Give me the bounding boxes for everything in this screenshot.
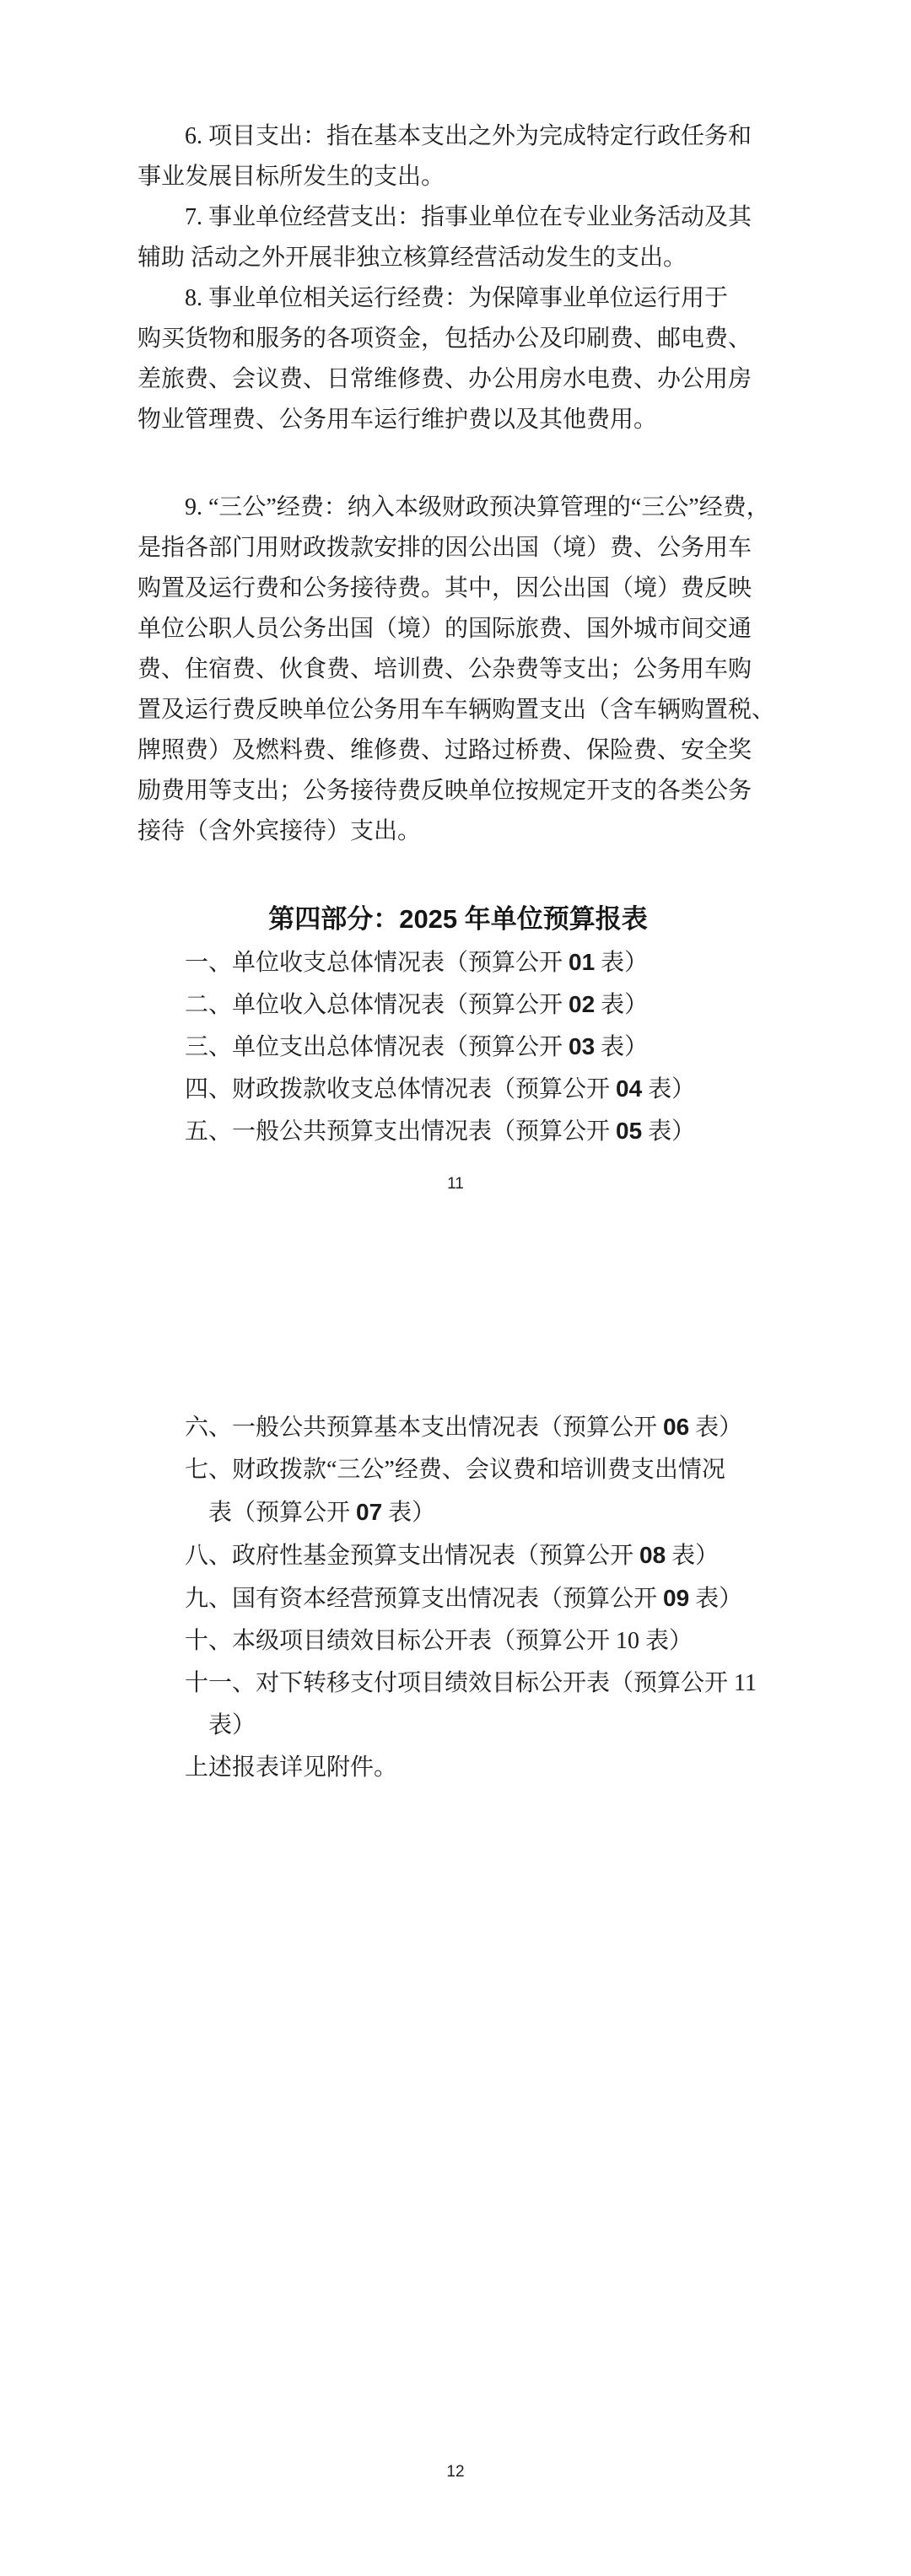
report-table-list-6-to-11: 六、一般公共预算基本支出情况表（预算公开 06 表） 七、财政拨款“三公”经费、… (137, 1406, 779, 1747)
report-table-list-1-to-5: 一、单位收支总体情况表（预算公开 01 表） 二、单位收入总体情况表（预算公开 … (137, 941, 779, 1152)
text-segment: 表） (642, 1118, 695, 1145)
text-line: 六、一般公共预算基本支出情况表（预算公开 06 表） (137, 1406, 779, 1449)
text-line: 五、一般公共预算支出情况表（预算公开 05 表） (137, 1110, 779, 1152)
document-page-12: 六、一般公共预算基本支出情况表（预算公开 06 表） 七、财政拨款“三公”经费、… (0, 1288, 911, 2576)
text-segment: 表） (595, 950, 648, 976)
text-segment: 八、政府性基金预算支出情况表（预算公开 (137, 1543, 639, 1569)
text-segment: 表） (595, 1034, 648, 1060)
text-segment: 表） (666, 1543, 719, 1569)
text-segment: 表） (689, 1415, 742, 1441)
text-line: 置及运行费反映单位公务用车车辆购置支出（含车辆购置税、 (137, 690, 779, 730)
table-number: 07 (356, 1499, 382, 1525)
paragraph-9-sangong: 9. “三公”经费：纳入本级财政预决算管理的“三公”经费，是指各部门用财政拨款安… (137, 488, 779, 852)
text-line: 8. 事业单位相关运行经费：为保障事业单位运行用于 (137, 278, 779, 319)
text-line: 9. “三公”经费：纳入本级财政预决算管理的“三公”经费， (137, 488, 779, 528)
text-line: 物业管理费、公务用车运行维护费以及其他费用。 (137, 400, 779, 440)
table-number: 04 (616, 1075, 642, 1102)
text-segment: 表） (137, 1712, 256, 1738)
table-number: 01 (569, 949, 595, 975)
text-line: 7. 事业单位经营支出：指事业单位在专业业务活动及其 (137, 197, 779, 238)
text-segment: 六、一般公共预算基本支出情况表（预算公开 (137, 1415, 663, 1441)
text-line: 购置及运行费和公务接待费。其中，因公出国（境）费反映 (137, 569, 779, 609)
document-page-11: 6. 项目支出：指在基本支出之外为完成特定行政任务和事业发展目标所发生的支出。 … (0, 0, 911, 1288)
text-line: 十、本级项目绩效目标公开表（预算公开 10 表） (137, 1620, 779, 1663)
page-12-text-column: 六、一般公共预算基本支出情况表（预算公开 06 表） 七、财政拨款“三公”经费、… (137, 1288, 779, 1789)
text-line: 辅助 活动之外开展非独立核算经营活动发生的支出。 (137, 238, 779, 278)
text-line: 购买货物和服务的各项资金，包括办公及印刷费、邮电费、 (137, 319, 779, 359)
text-line: 四、财政拨款收支总体情况表（预算公开 04 表） (137, 1068, 779, 1110)
page-11-text-column: 6. 项目支出：指在基本支出之外为完成特定行政任务和事业发展目标所发生的支出。 … (137, 0, 779, 1152)
text-line: 单位公职人员公务出国（境）的国际旅费、国外城市间交通 (137, 609, 779, 649)
text-segment: 三、单位支出总体情况表（预算公开 (137, 1034, 569, 1060)
text-line: 三、单位支出总体情况表（预算公开 03 表） (137, 1026, 779, 1068)
table-number: 08 (639, 1542, 666, 1568)
text-segment: 表） (382, 1500, 435, 1526)
text-line: 6. 项目支出：指在基本支出之外为完成特定行政任务和 (137, 116, 779, 157)
section-4-heading: 第四部分：2025 年单位预算报表 (137, 899, 779, 940)
text-line: 表） (137, 1705, 779, 1747)
text-line: 八、政府性基金预算支出情况表（预算公开 08 表） (137, 1534, 779, 1577)
page-number-12: 12 (0, 2462, 911, 2482)
text-line: 一、单位收支总体情况表（预算公开 01 表） (137, 941, 779, 984)
text-line: 牌照费）及燃料费、维修费、过路过桥费、保险费、安全奖 (137, 730, 779, 771)
text-segment: 二、单位收入总体情况表（预算公开 (137, 992, 569, 1018)
text-segment: 表（预算公开 (137, 1500, 356, 1526)
text-segment: 十、本级项目绩效目标公开表（预算公开 10 表） (137, 1628, 693, 1654)
table-number: 03 (569, 1033, 595, 1059)
text-segment: 十一、对下转移支付项目绩效目标公开表（预算公开 11 (137, 1670, 757, 1696)
text-line: 九、国有资本经营预算支出情况表（预算公开 09 表） (137, 1577, 779, 1620)
table-number: 05 (616, 1118, 642, 1144)
page-number-11: 11 (0, 1174, 911, 1194)
text-segment: 表） (595, 992, 648, 1018)
text-segment: 四、财政拨款收支总体情况表（预算公开 (137, 1076, 616, 1102)
table-number: 02 (569, 991, 595, 1017)
text-line: 费、住宿费、伙食费、培训费、公杂费等支出；公务用车购 (137, 649, 779, 690)
text-line: 事业发展目标所发生的支出。 (137, 157, 779, 197)
text-segment: 五、一般公共预算支出情况表（预算公开 (137, 1118, 616, 1145)
text-segment: 七、财政拨款“三公”经费、会议费和培训费支出情况 (137, 1457, 725, 1483)
text-line: 十一、对下转移支付项目绩效目标公开表（预算公开 11 (137, 1663, 779, 1705)
text-line: 七、财政拨款“三公”经费、会议费和培训费支出情况 (137, 1449, 779, 1491)
paragraphs-6-to-8: 6. 项目支出：指在基本支出之外为完成特定行政任务和事业发展目标所发生的支出。 … (137, 116, 779, 440)
text-segment: 九、国有资本经营预算支出情况表（预算公开 (137, 1586, 663, 1612)
text-line: 励费用等支出；公务接待费反映单位按规定开支的各类公务 (137, 771, 779, 811)
text-line: 差旅费、会议费、日常维修费、办公用房水电费、办公用房 (137, 359, 779, 400)
text-line: 接待（含外宾接待）支出。 (137, 811, 779, 852)
closing-paragraph-wrap: 上述报表详见附件。 (137, 1747, 779, 1789)
text-segment: 一、单位收支总体情况表（预算公开 (137, 950, 569, 976)
text-line: 二、单位收入总体情况表（预算公开 02 表） (137, 984, 779, 1026)
closing-paragraph: 上述报表详见附件。 (137, 1747, 779, 1789)
text-line: 表（预算公开 07 表） (137, 1491, 779, 1534)
text-line: 是指各部门用财政拨款安排的因公出国（境）费、公务用车 (137, 528, 779, 569)
table-number: 06 (663, 1414, 689, 1440)
text-segment: 表） (689, 1586, 742, 1612)
text-segment: 表） (642, 1076, 695, 1102)
table-number: 09 (663, 1585, 689, 1611)
